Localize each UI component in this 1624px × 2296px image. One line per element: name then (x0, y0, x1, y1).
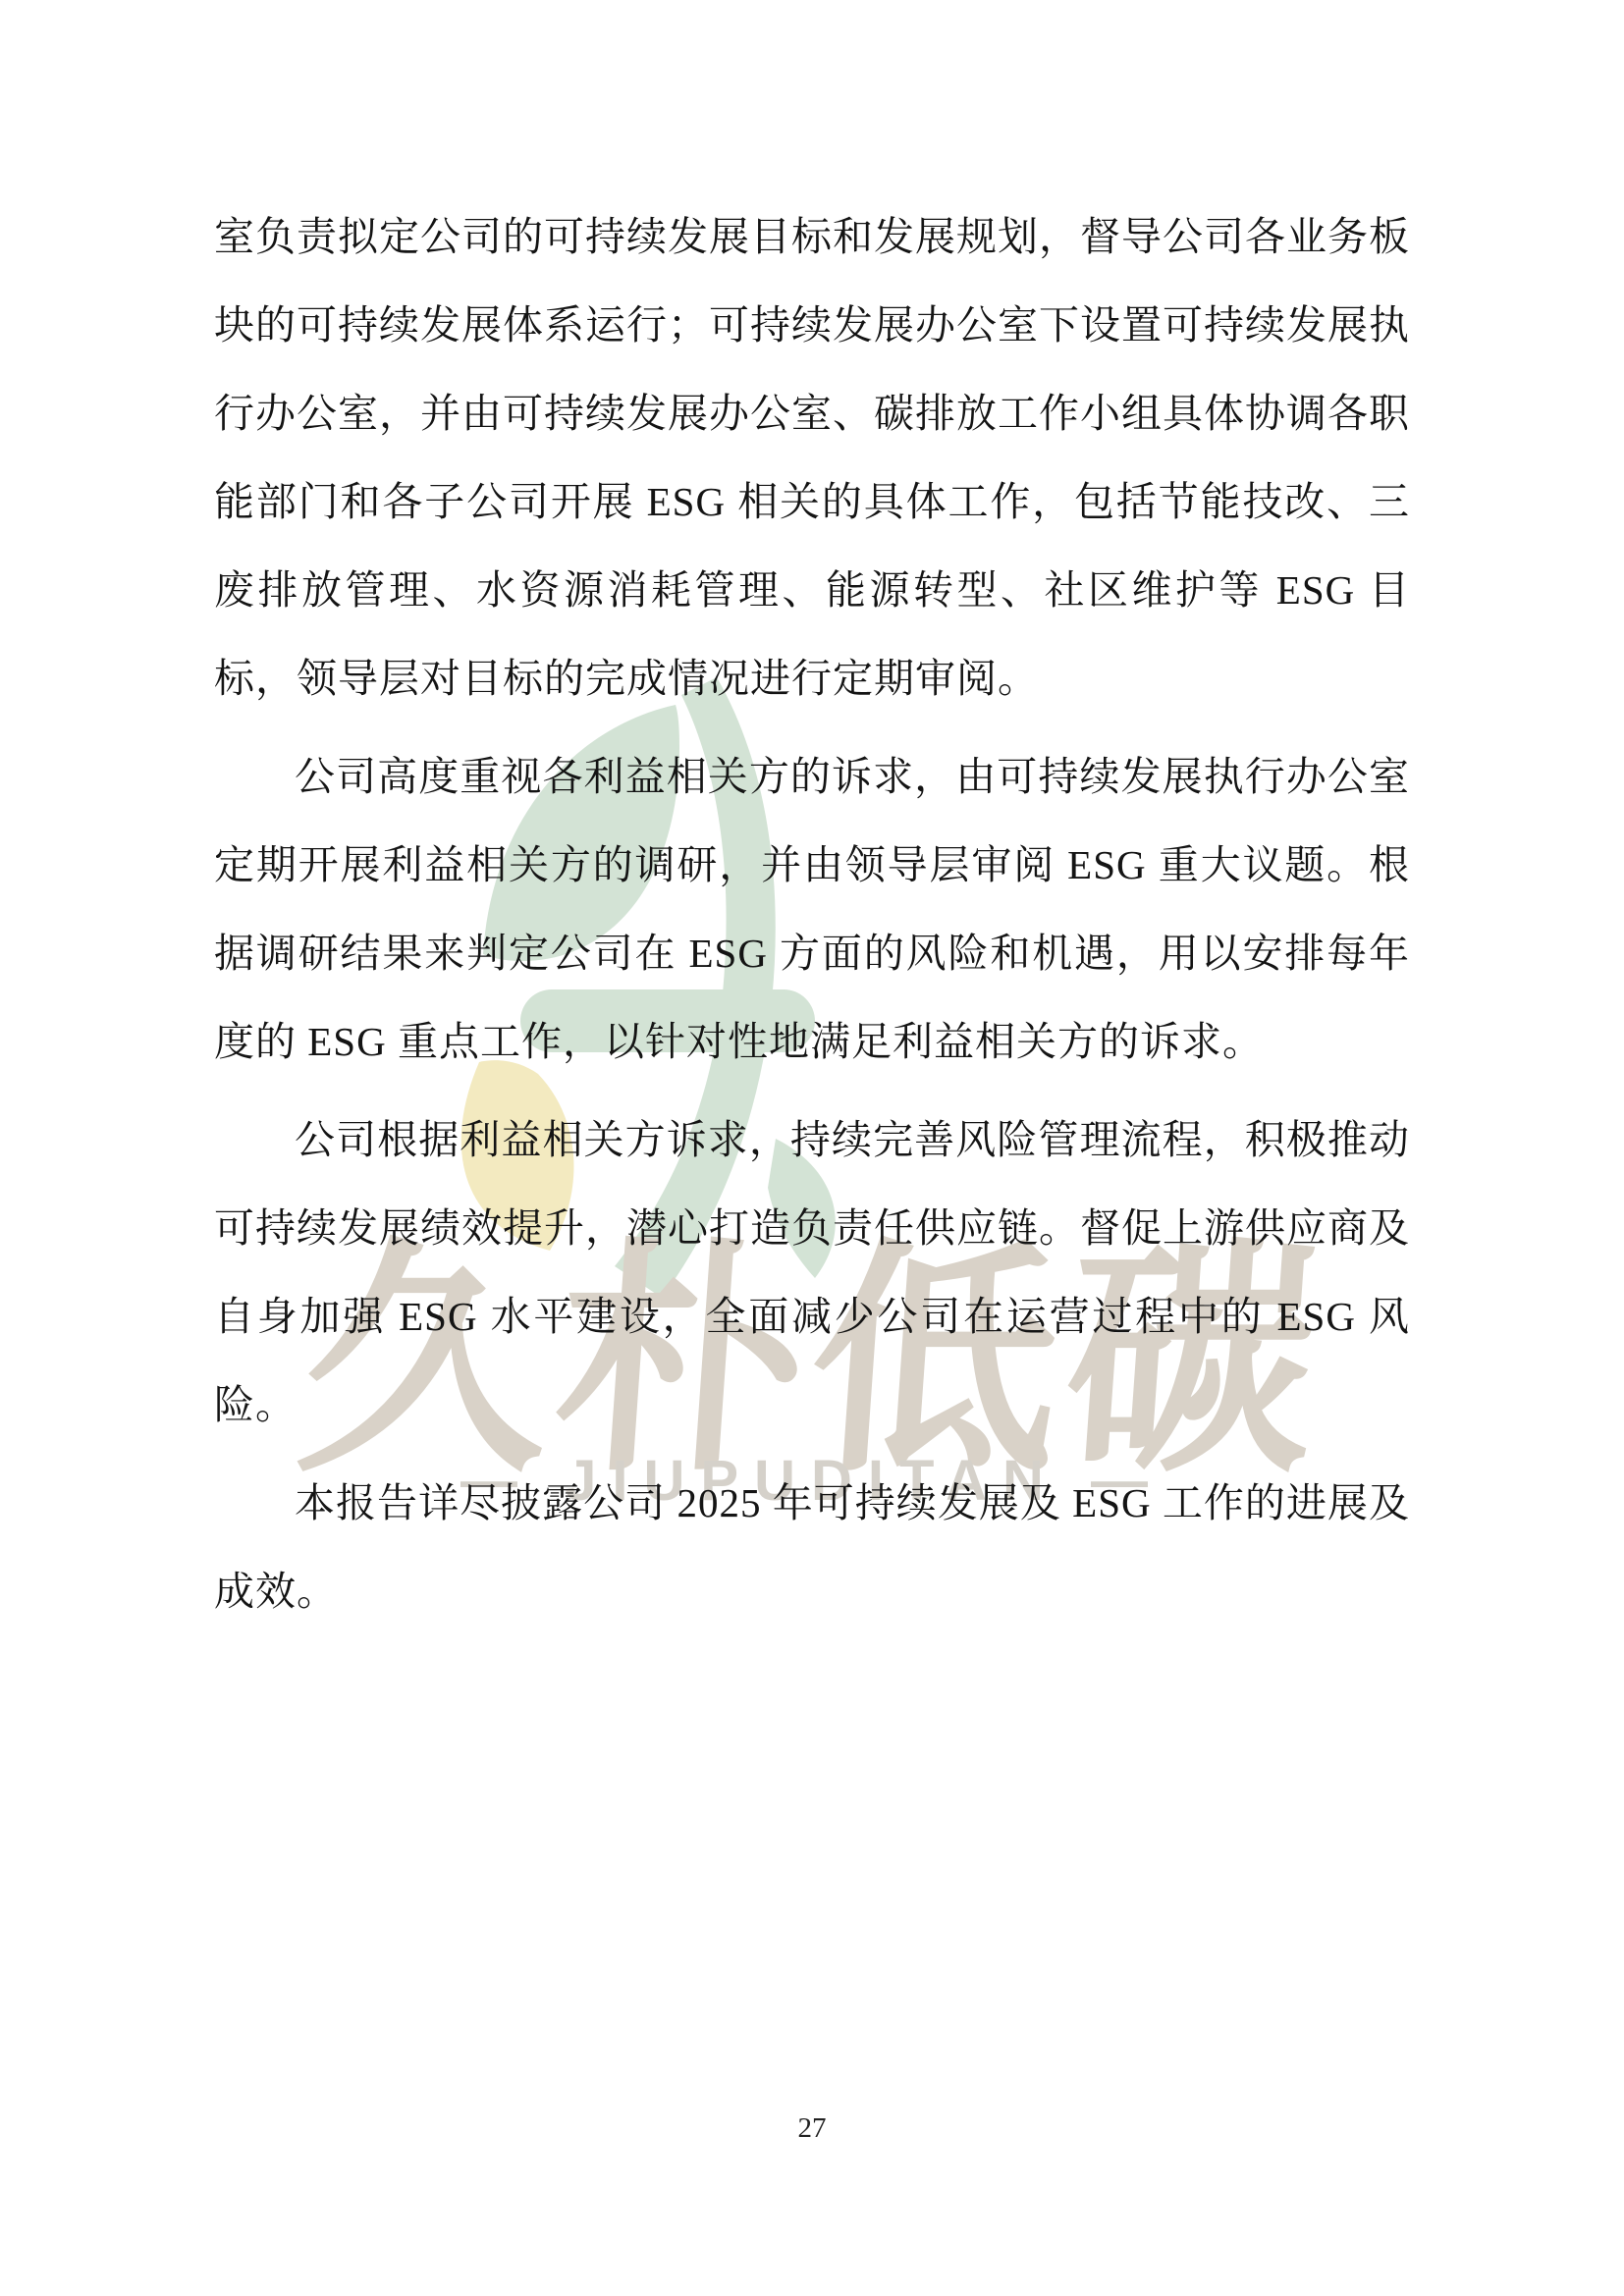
document-body: 室负责拟定公司的可持续发展目标和发展规划，督导公司各业务板块的可持续发展体系运行… (0, 0, 1624, 1635)
paragraph-1: 室负责拟定公司的可持续发展目标和发展规划，督导公司各业务板块的可持续发展体系运行… (214, 192, 1410, 722)
document-page: 久朴低碳 — JIUPUDITAN — 室负责拟定公司的可持续发展目标和发展规划… (0, 0, 1624, 2296)
page-number: 27 (0, 2112, 1624, 2145)
paragraph-2: 公司高度重视各利益相关方的诉求，由可持续发展执行办公室定期开展利益相关方的调研，… (214, 732, 1410, 1086)
paragraph-4: 本报告详尽披露公司 2025 年可持续发展及 ESG 工作的进展及成效。 (214, 1459, 1410, 1635)
paragraph-3: 公司根据利益相关方诉求，持续完善风险管理流程，积极推动可持续发展绩效提升，潜心打… (214, 1095, 1410, 1449)
